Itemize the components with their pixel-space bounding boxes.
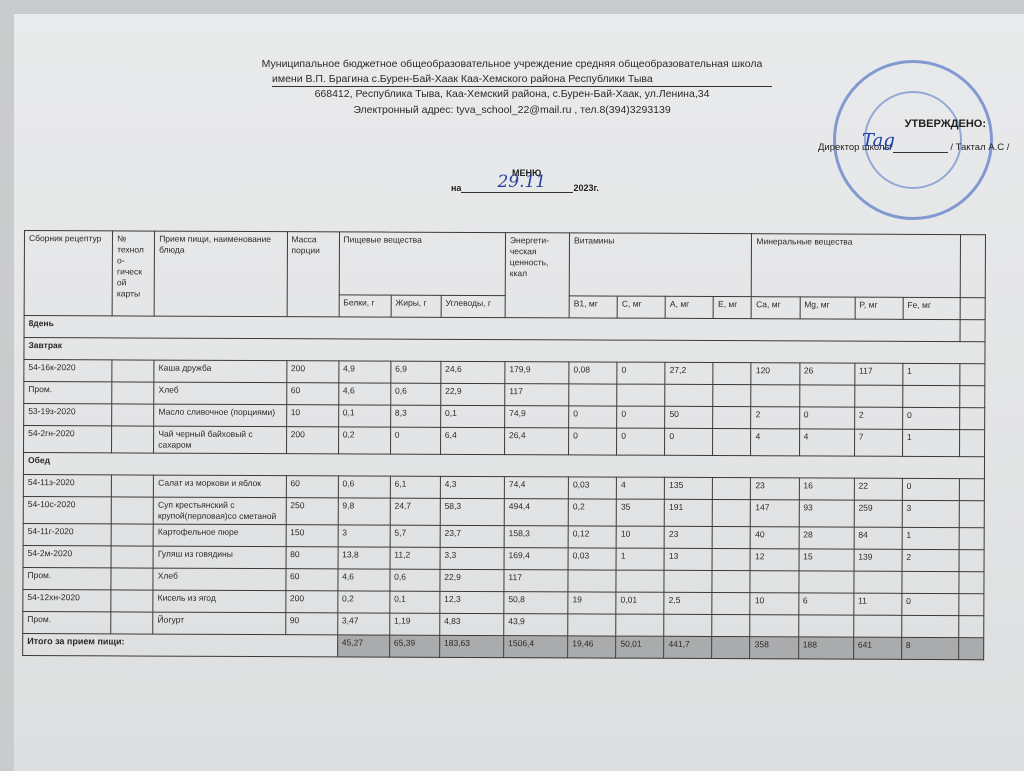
cell-mg: 0	[799, 407, 854, 429]
col-a: A, мг	[665, 296, 713, 318]
cell-protein: 13,8	[338, 547, 390, 569]
cell-p: 22	[854, 478, 902, 500]
cell-e	[713, 500, 751, 527]
col-b1: B1, мг	[569, 296, 617, 318]
cell-mass: 200	[285, 591, 337, 613]
director-signature: Tag	[862, 130, 895, 151]
cell-a: 13	[664, 548, 712, 570]
total-row: Итого за прием пищи:45,2765,39183,631506…	[23, 633, 984, 659]
cell-dish: Кисель из ягод	[153, 590, 285, 613]
cell-mass: 60	[286, 476, 338, 498]
cell-fat: 6,9	[391, 361, 441, 383]
cell-mass: 200	[286, 427, 338, 454]
cell-a	[664, 570, 712, 592]
cell-energy: 74,9	[505, 406, 569, 428]
cell-mass: 10	[286, 405, 338, 427]
cell-card	[112, 360, 154, 382]
cell-c: 4	[617, 477, 665, 499]
cell-carbs: 3,3	[440, 547, 504, 569]
cell-card	[111, 568, 153, 590]
cell-c: 0,01	[616, 592, 664, 614]
cell-card	[112, 382, 154, 404]
org-name-line2: имени В.П. Брагина с.Бурен-Бай-Хаак Каа-…	[272, 73, 772, 87]
total-carbs: 183,63	[439, 635, 503, 657]
table-row: 54-10с-2020Суп крестьянский с крупой(пер…	[23, 496, 984, 527]
cell-mg	[799, 385, 854, 407]
director-line: Директор школы/ Тактал А.С /	[818, 142, 1009, 153]
cell-mg: 26	[799, 363, 854, 385]
cell-protein: 3	[338, 525, 390, 547]
cell-ca: 2	[751, 407, 799, 429]
cell-fe	[901, 615, 958, 637]
cell-protein: 3,47	[337, 613, 389, 635]
cell-mg: 28	[799, 527, 854, 549]
cell-ca	[751, 385, 799, 407]
col-carbs: Углеводы, г	[441, 295, 505, 317]
col-mg: Mg, мг	[800, 297, 855, 319]
cell-fat: 11,2	[390, 547, 440, 569]
total-c: 50,01	[616, 636, 664, 658]
cell-p: 259	[854, 500, 902, 527]
cell-code: Пром.	[24, 382, 112, 404]
cell-p	[854, 385, 902, 407]
cell-ca	[750, 615, 798, 637]
col-extra	[960, 235, 985, 298]
cell-code: 54-16к-2020	[24, 360, 112, 382]
table-row: 54-2гн-2020Чай черный байховый с сахаром…	[24, 426, 985, 457]
cell-protein: 0,2	[338, 427, 390, 454]
cell-c: 0	[617, 362, 665, 384]
cell-protein: 0,1	[338, 405, 390, 427]
total-p: 641	[853, 637, 901, 659]
cell-carbs: 22,9	[440, 569, 504, 591]
cell-a: 0	[665, 428, 713, 455]
cell-c	[617, 384, 665, 406]
cell-card	[111, 524, 153, 546]
cell-mass: 90	[285, 613, 337, 635]
col-nutrients: Пищевые вещества	[339, 232, 506, 296]
cell-ca: 4	[751, 429, 799, 456]
col-minerals: Минеральные вещества	[752, 234, 961, 298]
col-protein: Белки, г	[339, 295, 391, 317]
cell-carbs: 24,6	[441, 361, 505, 383]
total-energy: 1506,4	[504, 636, 568, 658]
cell-dish: Йогурт	[153, 612, 285, 635]
cell-c: 1	[616, 548, 664, 570]
cell-e	[712, 571, 750, 593]
cell-energy: 43,9	[504, 614, 568, 636]
cell-fat: 0,1	[390, 591, 440, 613]
cell-ca: 12	[750, 549, 798, 571]
cell-code: Пром.	[23, 611, 111, 633]
cell-fe: 0	[902, 478, 959, 500]
cell-e	[713, 407, 751, 429]
cell-protein: 4,6	[338, 569, 390, 591]
total-fe: 8	[901, 637, 958, 659]
cell-b1: 0,08	[569, 362, 617, 384]
cell-ca: 120	[751, 363, 799, 385]
school-stamp	[833, 60, 993, 220]
col-c: C, мг	[617, 296, 665, 318]
cell-code: Пром.	[23, 567, 111, 589]
cell-carbs: 4,3	[440, 476, 504, 498]
cell-a: 135	[665, 477, 713, 499]
handwritten-date: 29.11	[497, 172, 546, 192]
cell-mass: 80	[286, 547, 338, 569]
cell-code: 54-10с-2020	[23, 496, 111, 523]
cell-code: 54-12хн-2020	[23, 589, 111, 611]
col-meal: Прием пищи, наименование блюда	[154, 231, 287, 317]
cell-p: 139	[854, 549, 902, 571]
cell-code: 53-19з-2020	[24, 404, 112, 426]
cell-e	[712, 549, 750, 571]
cell-e	[712, 527, 750, 549]
header-row-main: Сборник рецептур № технол о- гическ ой к…	[24, 231, 985, 298]
cell-mg: 16	[799, 478, 854, 500]
cell-carbs: 22,9	[441, 383, 505, 405]
cell-e	[713, 429, 751, 456]
cell-a: 2,5	[664, 592, 712, 614]
cell-fat: 0,6	[390, 569, 440, 591]
cell-b1	[568, 570, 616, 592]
cell-card	[112, 475, 154, 497]
cell-ca: 147	[751, 500, 799, 527]
cell-code: 54-11г-2020	[23, 523, 111, 545]
cell-fe	[902, 385, 959, 407]
cell-dish: Каша дружба	[154, 360, 286, 383]
cell-p	[853, 615, 901, 637]
cell-b1: 0,2	[568, 499, 616, 526]
cell-e	[713, 385, 751, 407]
cell-card	[112, 426, 154, 453]
cell-card	[112, 404, 154, 426]
cell-e	[712, 593, 750, 615]
date-field: 29.11	[461, 180, 573, 193]
col-p: P, мг	[855, 297, 903, 319]
cell-card	[111, 497, 153, 524]
cell-fe: 0	[902, 593, 959, 615]
cell-mass: 60	[286, 383, 338, 405]
cell-energy: 26,4	[504, 428, 568, 455]
total-e	[712, 637, 750, 659]
cell-mg: 6	[798, 593, 853, 615]
cell-mass: 150	[286, 525, 338, 547]
total-fat: 65,39	[389, 635, 439, 657]
cell-p: 2	[854, 407, 902, 429]
cell-b1: 0,03	[568, 477, 616, 499]
cell-fe: 3	[902, 500, 959, 527]
cell-fat: 24,7	[390, 498, 440, 525]
cell-dish: Хлеб	[153, 568, 285, 591]
cell-fat: 0	[390, 427, 440, 454]
cell-a: 191	[664, 499, 712, 526]
cell-protein: 4,6	[338, 383, 390, 405]
cell-dish: Картофельное пюре	[153, 524, 285, 547]
cell-e	[713, 478, 751, 500]
cell-fat: 5,7	[390, 525, 440, 547]
cell-energy: 50,8	[504, 592, 568, 614]
cell-a	[665, 384, 713, 406]
cell-b1: 19	[568, 592, 616, 614]
year-suffix: 2023г.	[573, 183, 598, 193]
cell-c: 0	[617, 428, 665, 455]
cell-dish: Масло сливочное (порциями)	[154, 404, 286, 427]
cell-p: 84	[854, 527, 902, 549]
cell-e	[713, 363, 751, 385]
cell-mg: 4	[799, 429, 854, 456]
cell-dish: Суп крестьянский с крупой(перловая)со см…	[153, 497, 285, 525]
cell-carbs: 6,4	[440, 427, 504, 454]
col-mass: Масса порции	[287, 232, 339, 317]
cell-energy: 117	[504, 570, 568, 592]
cell-c: 0	[617, 406, 665, 428]
cell-b1	[569, 384, 617, 406]
cell-energy: 169,4	[504, 548, 568, 570]
cell-b1: 0	[569, 406, 617, 428]
cell-fat: 8,3	[390, 405, 440, 427]
col-recipe-book: Сборник рецептур	[24, 231, 113, 316]
cell-code: 54-11з-2020	[23, 474, 111, 496]
cell-dish: Салат из моркови и яблок	[154, 475, 286, 498]
total-label: Итого за прием пищи:	[23, 633, 338, 656]
col-vitamins: Витамины	[569, 233, 752, 297]
cell-c: 10	[616, 526, 664, 548]
cell-p: 11	[853, 593, 901, 615]
col-ca: Ca, мг	[752, 297, 800, 319]
cell-a	[664, 614, 712, 636]
cell-card	[111, 612, 153, 634]
cell-protein: 0,2	[337, 591, 389, 613]
total-protein: 45,27	[337, 635, 389, 657]
cell-energy: 117	[505, 384, 569, 406]
cell-protein: 0,6	[338, 476, 390, 498]
total-mg: 188	[798, 637, 853, 659]
cell-b1: 0,12	[568, 526, 616, 548]
cell-mg: 93	[799, 500, 854, 527]
cell-code: 54-2гн-2020	[24, 426, 112, 453]
cell-a: 50	[665, 406, 713, 428]
org-name-line1: Муниципальное бюджетное общеобразователь…	[0, 58, 1024, 70]
menu-date: на29.112023г.	[451, 180, 599, 193]
cell-carbs: 0,1	[440, 405, 504, 427]
cell-ca	[750, 571, 798, 593]
cell-carbs: 4,83	[440, 613, 504, 635]
cell-p	[854, 571, 902, 593]
cell-mass: 200	[286, 361, 338, 383]
cell-e	[712, 615, 750, 637]
cell-fe: 0	[902, 407, 959, 429]
cell-dish: Хлеб	[154, 382, 286, 405]
cell-ca: 10	[750, 593, 798, 615]
cell-a: 27,2	[665, 362, 713, 384]
cell-carbs: 23,7	[440, 525, 504, 547]
cell-protein: 9,8	[338, 498, 390, 525]
cell-fe	[902, 571, 959, 593]
col-tech-card: № технол о- гическ ой карты	[112, 231, 154, 316]
director-name: / Тактал А.С /	[950, 142, 1009, 153]
cell-mg	[798, 571, 853, 593]
cell-b1	[568, 614, 616, 636]
cell-energy: 494,4	[504, 499, 568, 526]
cell-fe: 1	[903, 363, 960, 385]
total-ca: 358	[750, 637, 798, 659]
menu-table: Сборник рецептур № технол о- гическ ой к…	[22, 230, 986, 660]
cell-code: 54-2м-2020	[23, 545, 111, 567]
cell-b1: 0,03	[568, 548, 616, 570]
cell-mass: 60	[285, 569, 337, 591]
col-energy: Энергети- ческая ценность, ккал	[505, 233, 569, 318]
cell-energy: 74,4	[504, 477, 568, 499]
cell-energy: 158,3	[504, 526, 568, 548]
cell-c	[616, 570, 664, 592]
cell-ca: 40	[751, 527, 799, 549]
col-fat: Жиры, г	[391, 295, 441, 317]
signature-line	[893, 152, 948, 153]
cell-mass: 250	[286, 498, 338, 525]
cell-fe: 2	[902, 549, 959, 571]
cell-mg: 15	[799, 549, 854, 571]
cell-mg	[798, 615, 853, 637]
cell-dish: Чай черный байховый с сахаром	[154, 426, 286, 454]
cell-p: 117	[854, 363, 902, 385]
cell-carbs: 12,3	[440, 591, 504, 613]
cell-fe: 1	[902, 429, 959, 456]
cell-energy: 179,9	[505, 362, 569, 384]
cell-c: 35	[616, 499, 664, 526]
cell-a: 23	[664, 526, 712, 548]
cell-b1: 0	[569, 428, 617, 455]
cell-carbs: 58,3	[440, 498, 504, 525]
approval-title: УТВЕРЖДЕНО:	[905, 118, 986, 130]
cell-protein: 4,9	[338, 361, 390, 383]
cell-p: 7	[854, 429, 902, 456]
cell-fat: 0,6	[390, 383, 440, 405]
cell-fat: 6,1	[390, 476, 440, 498]
col-fe: Fe, мг	[903, 297, 960, 319]
cell-ca: 23	[751, 478, 799, 500]
date-prefix: на	[451, 183, 461, 193]
cell-dish: Гуляш из говядины	[153, 546, 285, 569]
cell-c	[616, 614, 664, 636]
col-extra-sub	[960, 298, 985, 320]
col-e: E, мг	[713, 297, 751, 319]
cell-fat: 1,19	[389, 613, 439, 635]
cell-card	[111, 546, 153, 568]
total-b1: 19,46	[568, 636, 616, 658]
cell-fe: 1	[902, 527, 959, 549]
cell-card	[111, 590, 153, 612]
total-a: 441,7	[664, 636, 712, 658]
